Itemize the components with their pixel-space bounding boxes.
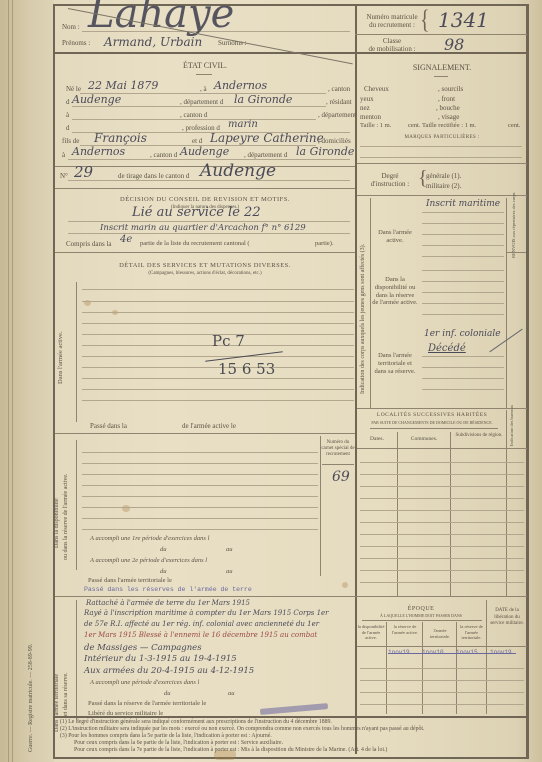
classe-label-2: de mobilisation : xyxy=(360,46,424,53)
ruled-line xyxy=(360,692,524,693)
divider xyxy=(357,408,527,409)
ruled-line xyxy=(360,570,524,571)
departement3-label: , département d xyxy=(244,152,287,159)
divider xyxy=(55,433,355,434)
tirage-value: Audenge xyxy=(200,163,276,180)
ruled-line xyxy=(422,281,504,282)
brace: { xyxy=(420,7,430,33)
stamp-reserves: Passé dans les réserves de l'armée de te… xyxy=(84,587,252,594)
passe-label: Passé dans la xyxy=(90,423,127,430)
ruled-line xyxy=(422,356,504,357)
departement2-label: , département xyxy=(318,112,356,119)
matricule-label-2: du recrutement : xyxy=(360,22,424,29)
service-note-2: Rayé à l'inscription maritime à compter … xyxy=(84,610,329,617)
deceased-note: Décédé xyxy=(428,344,466,354)
fils-de-label: fils de xyxy=(62,138,79,145)
departement-label: , département d xyxy=(180,99,223,106)
divider xyxy=(362,620,482,621)
corps-active-value: Inscrit maritime xyxy=(426,200,500,209)
decision-line-1: Lié au service le 22 xyxy=(132,206,261,219)
ruled-line xyxy=(82,518,318,519)
ne-le-value: 22 Mai 1879 xyxy=(88,80,158,91)
divider xyxy=(322,464,354,465)
disponibilite-side-label-2: ou dans la réserve de l'armée active. xyxy=(63,473,69,560)
column-rule xyxy=(450,432,451,596)
residant-label: , résidant xyxy=(326,99,352,106)
divider xyxy=(355,4,357,54)
du-label: du xyxy=(164,691,171,698)
field-line xyxy=(68,159,350,160)
departement3-value: la Gironde xyxy=(296,146,354,157)
field-line xyxy=(68,180,350,181)
corps-active-label: Dans l'armée active. xyxy=(372,229,418,245)
divider xyxy=(55,596,527,597)
classe-label-1: Classe xyxy=(360,38,424,45)
renvoi-rule xyxy=(506,198,507,408)
printer-note: Guerre. — Registre matricule. — 258-89-9… xyxy=(28,644,34,752)
au-label: au xyxy=(226,569,233,576)
ruled-line xyxy=(422,367,504,368)
ruled-line xyxy=(82,452,318,453)
ruled-line xyxy=(422,234,504,235)
canton3-label: , canton d xyxy=(150,152,177,159)
ruled-line xyxy=(82,301,354,302)
localites-col-communes: Communes. xyxy=(398,437,450,443)
yeux-label: yeux xyxy=(360,96,374,103)
divider xyxy=(357,646,527,647)
active-side-label: Dans l'armée active. xyxy=(58,331,65,384)
ruled-line xyxy=(82,474,318,475)
ruled-line xyxy=(422,245,504,246)
archive-note-bottom: 15 6 53 xyxy=(218,362,275,377)
periode2-label: A accompli une 2e période d'exercices da… xyxy=(90,558,207,565)
ruled-line xyxy=(360,157,522,158)
visage-label: , visage xyxy=(438,114,459,121)
mere-value: Lapeyre Catherine xyxy=(210,132,324,144)
localites-col-subdivisions: Subdivisions de région. xyxy=(452,433,506,439)
date-liberation-header: DATE de la libération du service militai… xyxy=(488,608,526,628)
detail-subtitle: (Campagnes, blessures, actions d'éclat, … xyxy=(56,271,354,276)
divider xyxy=(357,195,527,196)
ruled-line xyxy=(82,378,354,379)
column-rule xyxy=(506,410,507,596)
nez-label: nez xyxy=(360,105,370,112)
service-note-armies: Aux armées du 20-4-1915 au 4-12-1915 xyxy=(84,667,254,676)
militaire-label: militaire (2). xyxy=(426,183,461,190)
marques-label: MARQUES PARTICULIÈRES : xyxy=(357,135,527,140)
a2-label: à xyxy=(66,112,69,119)
classe-value: 98 xyxy=(444,37,464,53)
cent-label: cent. xyxy=(508,123,520,130)
ruled-line xyxy=(422,389,504,390)
divider xyxy=(357,163,527,164)
a3-label: à xyxy=(62,152,65,159)
ruled-line xyxy=(360,146,522,147)
departement-value: la Gironde xyxy=(234,94,292,105)
epoque-title: ÉPOQUE xyxy=(357,606,485,612)
prenoms-value: Armand, Urbain xyxy=(104,36,202,48)
domicile-value: Andernos xyxy=(72,146,125,157)
generale-label: générale (1). xyxy=(426,173,461,180)
territoriale-side-label-2: et dans sa réserve. xyxy=(63,672,69,716)
footnote-1: (1) Le degré d'instruction générale sera… xyxy=(60,720,332,726)
corps-disponibilite-label: Dans la disponibilité ou dans la réserve… xyxy=(372,276,418,307)
title-rule xyxy=(434,76,448,77)
periode3-label: A accompli une période d'exercices dans … xyxy=(90,680,199,687)
a-label: , à xyxy=(200,86,207,93)
domicilies-label: , domiciliés xyxy=(318,138,351,145)
service-note-campaigns: de Massiges — Campagnes xyxy=(84,644,202,653)
menton-label: menton xyxy=(360,114,381,121)
divider xyxy=(355,34,527,35)
matricule-value: 1341 xyxy=(438,10,489,30)
detail-title: DÉTAIL DES SERVICES ET MUTATIONS DIVERSE… xyxy=(56,263,354,270)
ruled-line xyxy=(422,292,504,293)
decision-line-2: Inscrit marin au quartier d'Arcachon f° … xyxy=(100,224,306,233)
ruled-line xyxy=(360,522,524,523)
epoque-subtitle: À LAQUELLE L'HOMME DOIT PASSER DANS xyxy=(357,614,485,618)
ruled-line xyxy=(360,474,524,475)
ruled-line xyxy=(422,270,504,271)
canton2-label: , canton d xyxy=(180,112,207,119)
ruled-line xyxy=(82,389,354,390)
etat-civil-title: ÉTAT CIVIL. xyxy=(56,62,354,70)
d-label: d xyxy=(66,99,70,106)
ruled-line xyxy=(360,704,524,705)
taille-label: Taille : 1 m. xyxy=(360,123,391,130)
ruled-line xyxy=(82,529,318,530)
ruled-line xyxy=(422,314,504,315)
corps-vertical-label: Indication des corps auxquels les jeunes… xyxy=(360,244,366,394)
ruled-line xyxy=(360,558,524,559)
renvoi-label: RENVOIS aux répertoires des corps xyxy=(512,193,517,258)
ruled-line xyxy=(360,486,524,487)
ruled-line xyxy=(82,312,354,313)
divider xyxy=(357,448,527,449)
footnote-3: (3) Pour les hommes compris dans la 5e p… xyxy=(60,734,272,740)
degre-label-1: Degré xyxy=(360,173,420,180)
ruled-line xyxy=(360,546,524,547)
field-line xyxy=(68,221,350,222)
ruled-line xyxy=(82,496,318,497)
ruled-line xyxy=(360,668,524,669)
disponibilite-side-label-1: Dans la disponibilité xyxy=(54,498,60,548)
ruled-line xyxy=(360,462,524,463)
numero-carnet-header: Numéro du carnet spécial de recrutement xyxy=(321,440,355,457)
passe-territoriale-label: Passé dans l'armée territoriale le xyxy=(88,578,172,585)
divider xyxy=(55,188,355,189)
epoque-col-disponibilite: la disponibilité de l'armée active. xyxy=(356,624,386,641)
column-rule xyxy=(486,600,487,714)
numero-label: N° xyxy=(60,173,68,180)
decision-title: DÉCISION DU CONSEIL DE REVISION ET MOTIF… xyxy=(56,197,354,204)
corps-side-rule xyxy=(370,198,371,408)
service-note-wounded: 1er Mars 1915 Blessé à l'ennemi le 16 dé… xyxy=(84,632,317,639)
signalement-title: SIGNALEMENT. xyxy=(357,64,527,72)
cheveux-label: Cheveux xyxy=(364,86,389,93)
column-divider xyxy=(355,54,357,754)
ruled-line xyxy=(82,289,354,290)
degre-label-2: d'instruction : xyxy=(360,181,420,188)
ruled-line xyxy=(422,223,504,224)
ruled-line xyxy=(82,485,318,486)
du-label: du xyxy=(160,569,167,576)
localites-col-dates: Dates. xyxy=(357,437,397,443)
taille-rectifiee-label: cent. Taille rectifiée : 1 m. xyxy=(408,123,476,130)
du-label: du xyxy=(160,547,167,554)
ruled-line xyxy=(422,212,504,213)
corps-territoriale-label: Dans l'armée territoriale et dans sa rés… xyxy=(372,352,418,375)
bouche-label: , bouche xyxy=(436,105,460,112)
stain xyxy=(342,582,348,588)
au-label: au xyxy=(226,547,233,554)
numero-carnet-value: 69 xyxy=(332,470,350,484)
d2-label: d xyxy=(66,125,70,132)
compris-rest: partie de la liste du recrutement canton… xyxy=(140,241,250,248)
epoque-col-reserve-active: la réserve de l'armée active. xyxy=(388,624,422,635)
numero-value: 29 xyxy=(74,165,93,180)
compris-label: Compris dans la xyxy=(66,241,112,248)
archive-note-top: Pc 7 xyxy=(212,334,245,349)
corps-territoriale-value: 1er inf. coloniale xyxy=(424,330,501,339)
ruled-line xyxy=(82,323,354,324)
service-note-3: de 57e R.I. affecté au 1er rég. inf. col… xyxy=(84,621,319,628)
field-line xyxy=(72,106,326,107)
canton-label: , canton xyxy=(328,86,350,93)
ruled-line xyxy=(82,463,318,464)
title-rule xyxy=(196,74,212,75)
field-line xyxy=(72,119,316,120)
ne-le-label: Né le xyxy=(66,86,81,93)
partie-label: partie). xyxy=(315,241,334,248)
passe-reserve-label: Passé dans la réserve de l'armée territo… xyxy=(88,701,206,708)
ruled-line xyxy=(82,507,318,508)
canton-value: Audenge xyxy=(72,94,121,105)
footnote-2: (2) L'instruction militaire sera indiqué… xyxy=(60,727,424,733)
divider xyxy=(370,428,498,429)
epoque-col-reserve-territoriale: la réserve de l'armée territoriale. xyxy=(457,624,486,641)
service-note-interior: Intérieur du 1-3-1915 au 19-4-1915 xyxy=(84,655,237,664)
divider xyxy=(506,252,526,253)
binding-margin xyxy=(0,0,54,762)
footnote-5: Pour ceux compris dans la 7e partie de l… xyxy=(74,748,387,754)
ruled-line xyxy=(82,400,354,401)
ruled-line xyxy=(422,303,504,304)
section-rule xyxy=(76,600,77,720)
epoque-col-territoriale: l'armée territoriale. xyxy=(424,628,456,639)
section-rule xyxy=(76,282,77,422)
ruled-line xyxy=(82,356,354,357)
register-page: Guerre. — Registre matricule. — 258-89-9… xyxy=(0,0,542,762)
sourcils-label: , sourcils xyxy=(438,86,463,93)
strike-line xyxy=(388,653,516,654)
prenoms-label: Prénoms : xyxy=(62,40,90,47)
divider xyxy=(55,252,355,253)
tirage-label: de tirage dans le canton d xyxy=(118,173,189,180)
footnote-divider xyxy=(55,716,527,718)
localites-side-label: Indication des bureaux xyxy=(510,405,515,446)
footnote-4: Pour ceux compris dans la 6e partie de l… xyxy=(74,741,283,747)
matricule-label-1: Numéro matricule xyxy=(360,14,424,21)
ruled-line xyxy=(360,510,524,511)
pere-value: François xyxy=(94,132,147,144)
ruled-line xyxy=(360,534,524,535)
lieu-naissance-value: Andernos xyxy=(214,80,267,91)
localites-subtitle: PAR SUITE DE CHANGEMENTS DE DOMICILE OU … xyxy=(357,421,507,425)
ruled-line xyxy=(360,582,524,583)
section-rule xyxy=(76,440,77,570)
de-armee-label: de l'armée active le xyxy=(182,423,236,430)
field-line xyxy=(68,233,350,234)
ruled-line xyxy=(360,498,524,499)
localites-title: LOCALITÉS SUCCESSIVES HABITÉES xyxy=(357,413,507,419)
compris-value: 4e xyxy=(120,235,132,245)
column-rule xyxy=(397,432,398,596)
et-de-label: et d xyxy=(192,138,202,145)
profession-value: marin xyxy=(228,120,258,130)
ruled-line xyxy=(422,378,504,379)
front-label: , front xyxy=(438,96,455,103)
service-note-1: Rattaché à l'armée de terre du 1er Mars … xyxy=(86,600,250,607)
ruled-line xyxy=(360,680,524,681)
au-label: au xyxy=(228,691,235,698)
nom-label: Nom : xyxy=(62,24,80,31)
periode1-label: A accompli une 1re période d'exercices d… xyxy=(90,536,209,543)
ruled-line xyxy=(422,256,504,257)
canton3-value: Audenge xyxy=(180,146,229,157)
